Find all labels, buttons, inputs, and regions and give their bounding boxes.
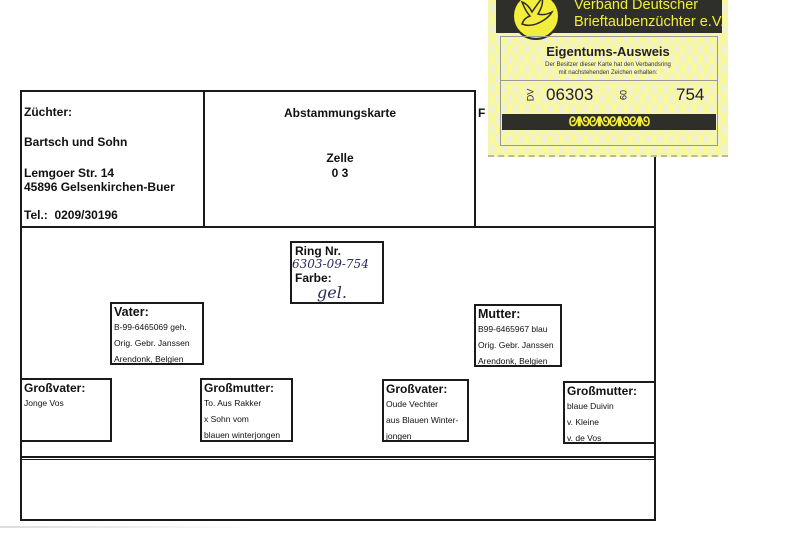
mother-label: Mutter: xyxy=(478,307,558,321)
breeder-city: 45896 Gelsenkirchen-Buer xyxy=(24,180,175,194)
father-box: Vater: B-99-6465069 geh. Orig. Gebr. Jan… xyxy=(110,302,204,365)
father-label: Vater: xyxy=(114,305,200,319)
mother-line: Orig. Gebr. Janssen xyxy=(478,337,558,353)
paper-fold-shadow xyxy=(0,526,260,528)
cell-value: 0 3 xyxy=(205,166,475,180)
grandparent-line: blaue Duivin xyxy=(567,398,652,414)
card-divider xyxy=(500,80,718,81)
grandparent-line: blauen winterjongen xyxy=(204,427,289,443)
grandparent-label: Großvater: xyxy=(24,381,108,395)
divider-h3 xyxy=(20,459,656,460)
card-header: Verband Deutscher Brieftaubenzüchter e.V… xyxy=(496,0,722,33)
breeder-label: Züchter: xyxy=(24,105,72,119)
grandparent-line: Oude Vechter xyxy=(386,396,465,412)
grandparent-line: jongen xyxy=(386,428,465,444)
dove-logo-icon xyxy=(512,0,560,40)
ownership-card: Verband Deutscher Brieftaubenzüchter e.V… xyxy=(488,0,728,157)
mother-box: Mutter: B99-6465967 blau Orig. Gebr. Jan… xyxy=(474,304,562,367)
divider-h2 xyxy=(20,456,656,458)
org-line-2: Brieftaubenzüchter e.V. xyxy=(574,14,732,31)
grandfather-maternal-box: Großvater: Oude Vechter aus Blauen Winte… xyxy=(382,379,469,442)
frame-top-left xyxy=(20,90,476,92)
page-title: Abstammungskarte xyxy=(205,106,475,120)
cut-off-letter: F xyxy=(478,106,485,120)
org-line-1: Verband Deutscher xyxy=(574,0,732,14)
ornament-pattern: ᘛᘚᘛᘚᘛᘚᘛᘚ xyxy=(569,114,650,130)
mother-line: B99-6465967 blau xyxy=(478,321,558,337)
ring-value: 6303-09-754 xyxy=(292,258,379,271)
mother-line: Arendonk, Belgien xyxy=(478,353,558,369)
breeder-phone: Tel.: 0209/30196 xyxy=(24,208,118,222)
grandparent-line: x Sohn vom xyxy=(204,411,289,427)
grandparent-line: To. Aus Rakker xyxy=(204,395,289,411)
ring-label: Ring Nr. xyxy=(295,244,379,258)
card-ornament-stripe: ᘛᘚᘛᘚᘛᘚᘛᘚ xyxy=(502,114,716,130)
card-year: 09 xyxy=(618,90,628,100)
grandmother-maternal-box: Großmutter: blaue Duivin v. Kleine v. de… xyxy=(563,381,656,444)
breeder-street: Lemgoer Str. 14 xyxy=(24,166,114,180)
grandparent-label: Großvater: xyxy=(386,382,465,396)
card-ring-number: 754 xyxy=(676,85,704,105)
card-heading: Eigentums-Ausweis xyxy=(488,44,728,59)
grandfather-paternal-box: Großvater: Jonge Vos xyxy=(20,378,112,442)
grandmother-paternal-box: Großmutter: To. Aus Rakker x Sohn vom bl… xyxy=(200,378,293,442)
father-line: Arendonk, Belgien xyxy=(114,351,200,367)
grandparent-label: Großmutter: xyxy=(204,381,289,395)
color-value: gel. xyxy=(295,285,379,301)
card-club-number: 06303 xyxy=(546,85,593,105)
cell-label: Zelle xyxy=(205,151,475,165)
divider-h1 xyxy=(20,226,656,228)
grandparent-line: v. de Vos xyxy=(567,430,652,446)
breeder-name: Bartsch und Sohn xyxy=(24,135,127,149)
grandparent-line: Jonge Vos xyxy=(24,395,108,411)
ring-box: Ring Nr. 6303-09-754 Farbe: gel. xyxy=(290,241,384,304)
dove-icon xyxy=(514,0,558,38)
father-line: B-99-6465069 geh. xyxy=(114,319,200,335)
grandparent-label: Großmutter: xyxy=(567,384,652,398)
card-prefix: DV xyxy=(525,89,535,102)
father-line: Orig. Gebr. Janssen xyxy=(114,335,200,351)
card-note-2: mit nachstehenden Zeichen erhalten: xyxy=(488,70,728,76)
grandparent-line: aus Blauen Winter- xyxy=(386,412,465,428)
card-note-1: Der Besitzer dieser Karte hat den Verban… xyxy=(488,62,728,68)
frame-right xyxy=(654,155,656,521)
grandparent-line: v. Kleine xyxy=(567,414,652,430)
frame-bottom xyxy=(20,519,656,521)
